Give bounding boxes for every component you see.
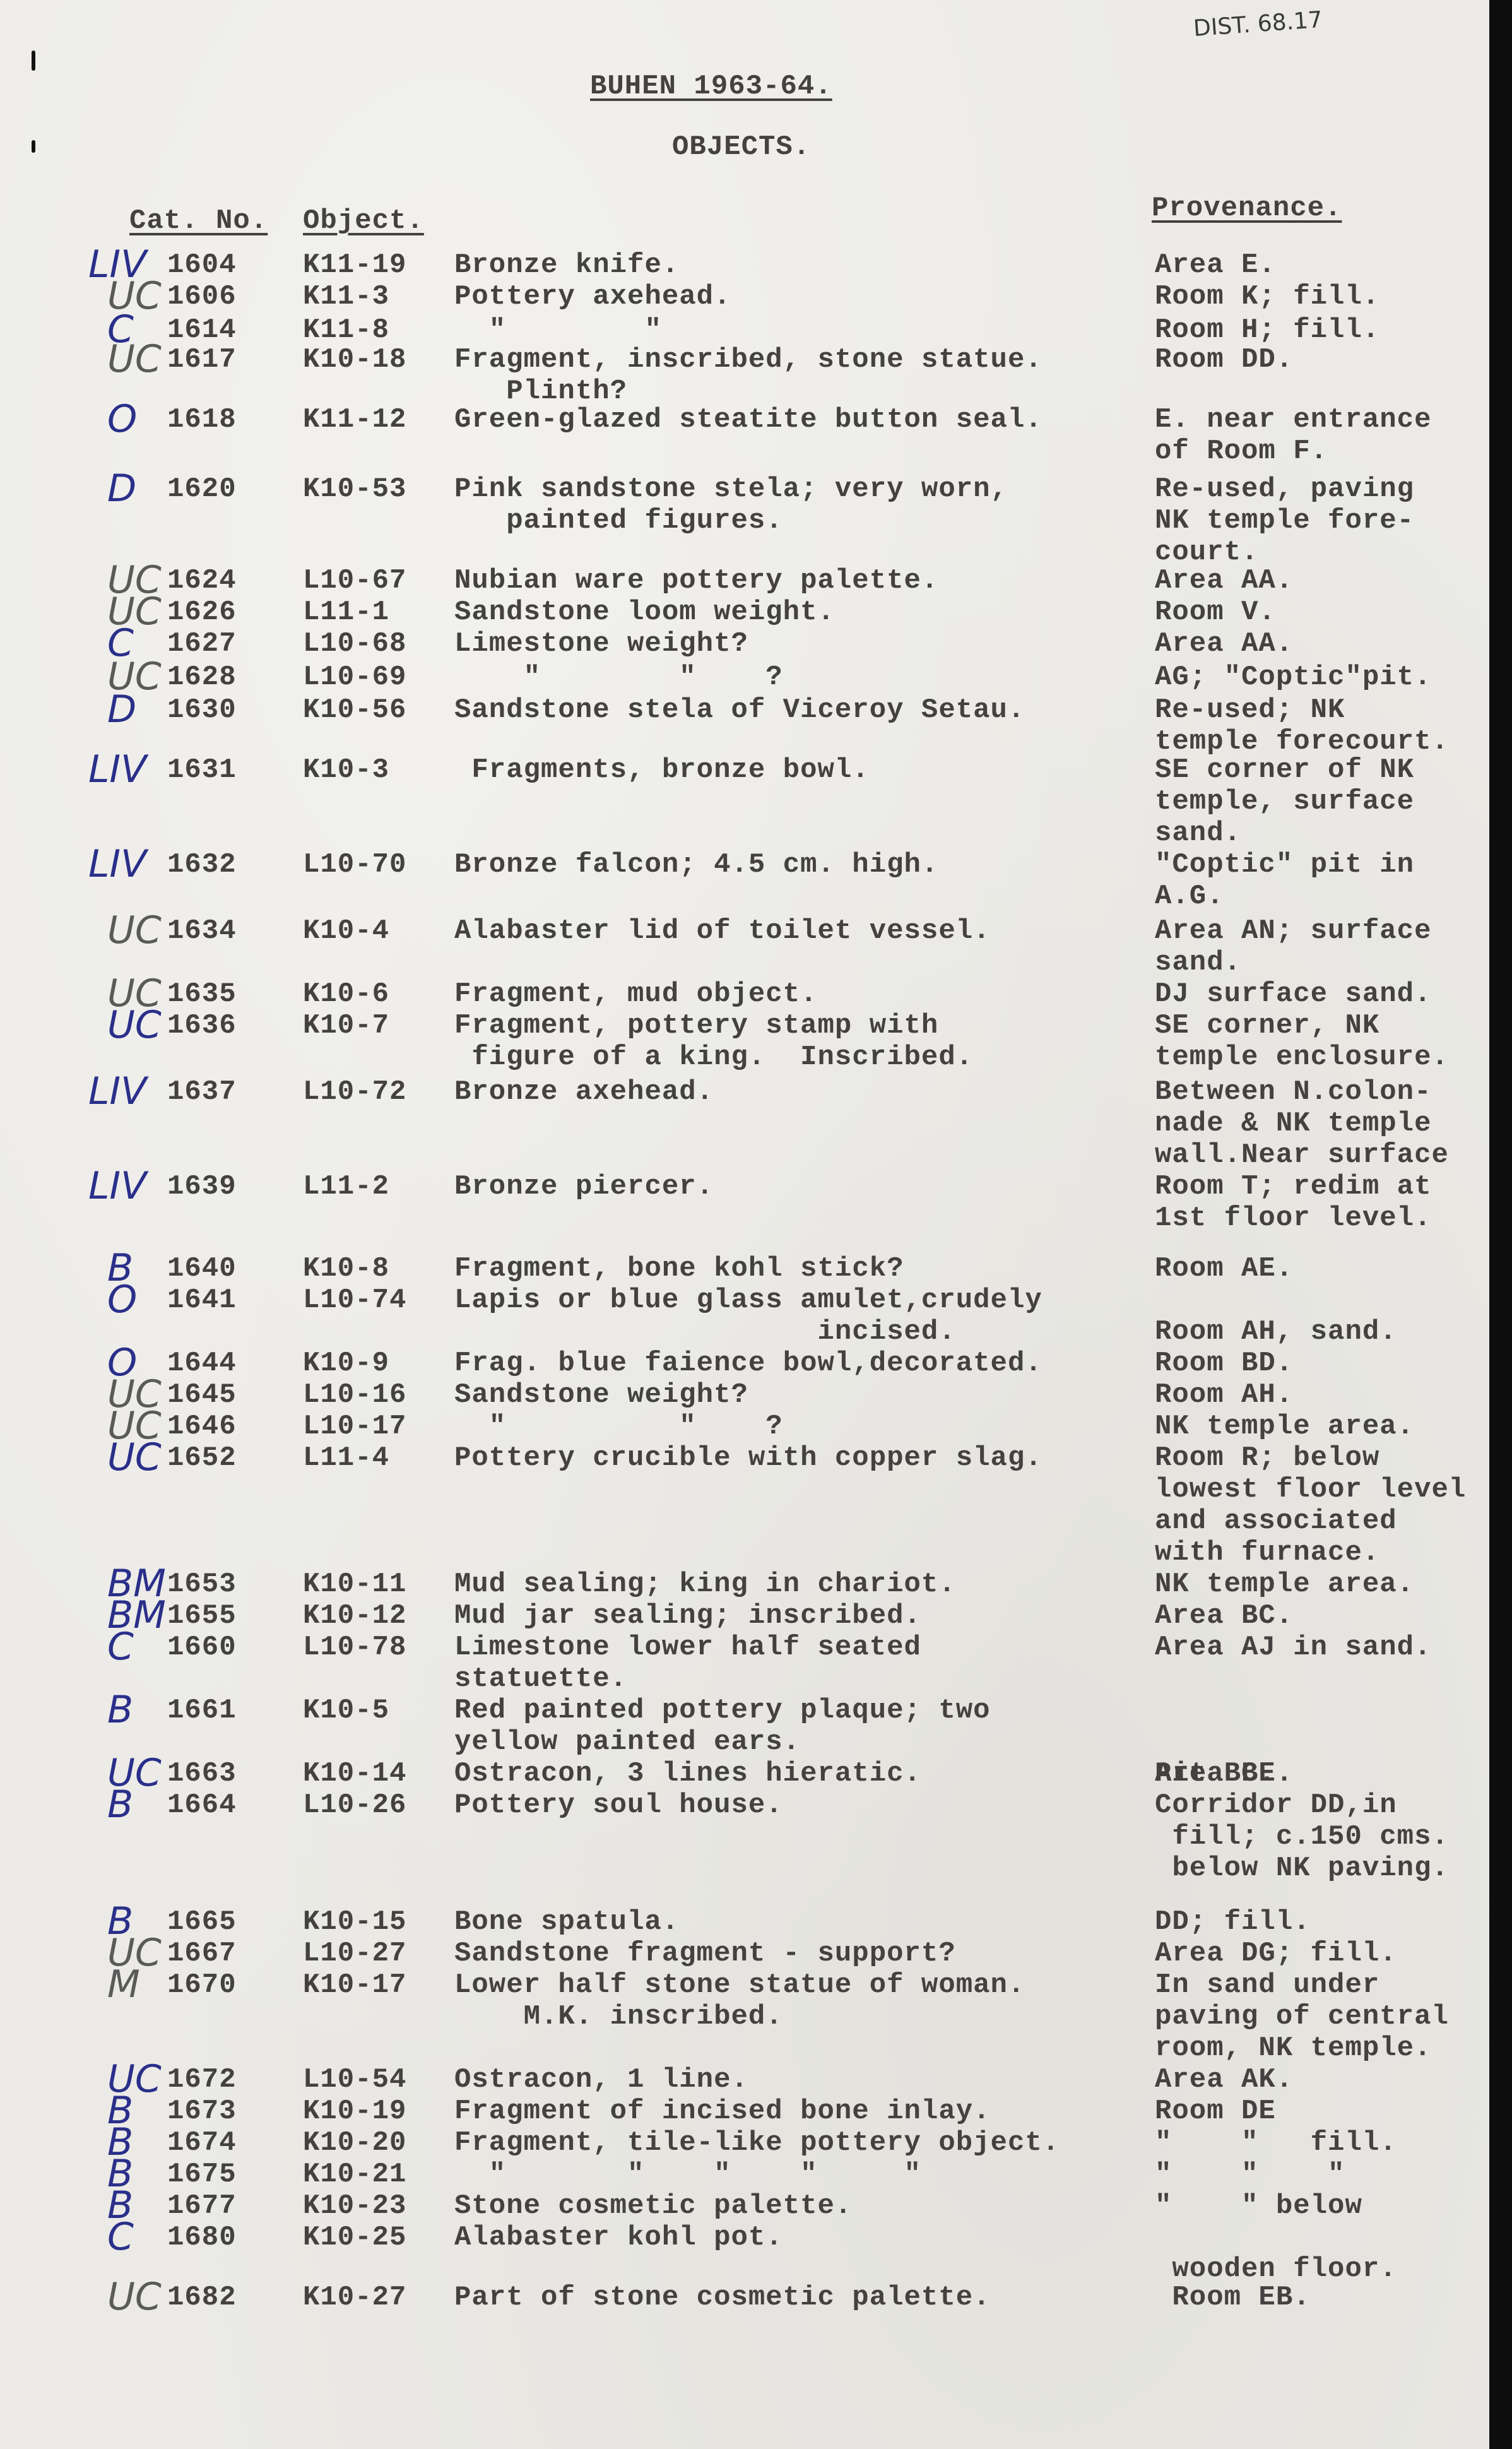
object-number: L10-16 bbox=[303, 1379, 406, 1411]
object-description: Pottery crucible with copper slag. bbox=[454, 1442, 1042, 1474]
object-description: Bone spatula. bbox=[454, 1906, 679, 1938]
staple-mark bbox=[32, 140, 35, 153]
provenance: Room H; fill. bbox=[1155, 314, 1379, 346]
margin-annotation: M bbox=[107, 1966, 140, 2003]
provenance: Re-used; NK bbox=[1155, 694, 1345, 726]
object-description: Alabaster lid of toilet vessel. bbox=[454, 915, 991, 947]
provenance: DD; fill. bbox=[1155, 1906, 1311, 1938]
object-description: Bronze axehead. bbox=[454, 1076, 714, 1108]
margin-annotation: O bbox=[107, 1281, 137, 1319]
cat-number: 1675 bbox=[167, 2159, 237, 2190]
object-description: " " " " " bbox=[454, 2159, 921, 2190]
scan-edge bbox=[1489, 0, 1512, 2449]
page-subtitle: OBJECTS. bbox=[672, 131, 810, 163]
object-description: Limestone weight? bbox=[454, 628, 748, 660]
object-description: Sandstone stela of Viceroy Setau. bbox=[454, 694, 1025, 726]
margin-annotation: UC bbox=[107, 2278, 162, 2316]
object-number: L10-70 bbox=[303, 849, 406, 881]
object-description: painted figures. bbox=[454, 505, 783, 537]
header-object: Object. bbox=[303, 205, 424, 237]
margin-annotation: D bbox=[107, 691, 136, 728]
cat-number: 1646 bbox=[167, 1411, 237, 1442]
header-cat-no: Cat. No. bbox=[129, 205, 268, 237]
object-description: Bronze knife. bbox=[454, 249, 679, 281]
object-description: Lapis or blue glass amulet,crudely bbox=[454, 1284, 1042, 1316]
cat-number: 1661 bbox=[167, 1695, 237, 1726]
object-description: Red painted pottery plaque; two bbox=[454, 1695, 991, 1726]
provenance: Area BC. bbox=[1155, 1600, 1293, 1632]
object-description: Fragment, mud object. bbox=[454, 978, 818, 1010]
cat-number: 1670 bbox=[167, 1969, 237, 2001]
margin-annotation: O bbox=[107, 400, 137, 438]
object-number: L10-67 bbox=[303, 565, 406, 596]
provenance: In sand under bbox=[1155, 1969, 1379, 2001]
object-description: incised. bbox=[454, 1316, 956, 1348]
provenance: Area AK. bbox=[1155, 2064, 1293, 2096]
provenance: Room DE bbox=[1155, 2096, 1276, 2127]
cat-number: 1652 bbox=[167, 1442, 237, 1474]
object-number: L11-4 bbox=[303, 1442, 389, 1474]
object-description: Mud sealing; king in chariot. bbox=[454, 1568, 956, 1600]
cat-number: 1614 bbox=[167, 314, 237, 346]
provenance: wall.Near surface bbox=[1155, 1139, 1449, 1171]
object-description: Bronze falcon; 4.5 cm. high. bbox=[454, 849, 938, 881]
cat-number: 1640 bbox=[167, 1253, 237, 1284]
object-description: Nubian ware pottery palette. bbox=[454, 565, 938, 596]
cat-number: 1627 bbox=[167, 628, 237, 660]
provenance: Area AN; surface bbox=[1155, 915, 1431, 947]
provenance: with furnace. bbox=[1155, 1537, 1379, 1568]
object-number: K10-7 bbox=[303, 1010, 389, 1041]
provenance: lowest floor level bbox=[1155, 1474, 1466, 1505]
object-description: Sandstone weight? bbox=[454, 1379, 748, 1411]
cat-number: 1664 bbox=[167, 1789, 237, 1821]
object-description: Plinth? bbox=[454, 376, 627, 407]
object-description: Pottery soul house. bbox=[454, 1789, 783, 1821]
object-number: K10-12 bbox=[303, 1600, 406, 1632]
object-number: K10-23 bbox=[303, 2190, 406, 2222]
object-description: Stone cosmetic palette. bbox=[454, 2190, 852, 2222]
object-number: K10-56 bbox=[303, 694, 406, 726]
object-number: L10-26 bbox=[303, 1789, 406, 1821]
cat-number: 1644 bbox=[167, 1348, 237, 1379]
provenance: and associated bbox=[1155, 1505, 1397, 1537]
provenance: 1st floor level. bbox=[1155, 1202, 1431, 1234]
cat-number: 1641 bbox=[167, 1284, 237, 1316]
provenance: NK temple area. bbox=[1155, 1411, 1414, 1442]
provenance: Room AH. bbox=[1155, 1379, 1293, 1411]
object-number: K10-3 bbox=[303, 754, 389, 786]
object-description: statuette. bbox=[454, 1663, 627, 1695]
object-number: L10-69 bbox=[303, 661, 406, 693]
object-description: Sandstone fragment - support? bbox=[454, 1938, 956, 1969]
object-description: " " ? bbox=[454, 661, 783, 693]
cat-number: 1653 bbox=[167, 1568, 237, 1600]
cat-number: 1639 bbox=[167, 1171, 237, 1202]
object-number: L11-2 bbox=[303, 1171, 389, 1202]
object-number: K10-11 bbox=[303, 1568, 406, 1600]
cat-number: 1672 bbox=[167, 2064, 237, 2096]
object-number: K10-4 bbox=[303, 915, 389, 947]
object-description: Limestone lower half seated bbox=[454, 1632, 921, 1663]
object-description: Mud jar sealing; inscribed. bbox=[454, 1600, 921, 1632]
object-description: Ostracon, 3 lines hieratic. bbox=[454, 1758, 921, 1789]
margin-annotation: LIV bbox=[88, 845, 146, 883]
provenance: temple, surface bbox=[1155, 786, 1414, 817]
margin-annotation: D bbox=[107, 470, 136, 507]
provenance: paving of central bbox=[1155, 2001, 1449, 2032]
staple-mark bbox=[32, 50, 35, 71]
provenance: Room V. bbox=[1155, 596, 1276, 628]
provenance: DJ surface sand. bbox=[1155, 978, 1431, 1010]
object-number: K10-53 bbox=[303, 473, 406, 505]
object-number: L10-74 bbox=[303, 1284, 406, 1316]
margin-annotation: LIV bbox=[88, 750, 146, 788]
cat-number: 1617 bbox=[167, 344, 237, 376]
provenance: sand. bbox=[1155, 817, 1241, 849]
object-description: Ostracon, 1 line. bbox=[454, 2064, 748, 2096]
provenance: " " " bbox=[1155, 2159, 1345, 2190]
provenance: nade & NK temple bbox=[1155, 1108, 1431, 1139]
object-number: L10-27 bbox=[303, 1938, 406, 1969]
cat-number: 1674 bbox=[167, 2127, 237, 2159]
cat-number: 1634 bbox=[167, 915, 237, 947]
provenance: Corridor DD,in bbox=[1155, 1789, 1397, 1821]
cat-number: 1620 bbox=[167, 473, 237, 505]
provenance: NK temple fore- bbox=[1155, 505, 1414, 537]
object-description: Pink sandstone stela; very worn, bbox=[454, 473, 1008, 505]
object-description: Frag. blue faience bowl,decorated. bbox=[454, 1348, 1042, 1379]
cat-number: 1630 bbox=[167, 694, 237, 726]
header-provenance: Provenance. bbox=[1152, 193, 1342, 224]
cat-number: 1624 bbox=[167, 565, 237, 596]
object-description: Sandstone loom weight. bbox=[454, 596, 835, 628]
object-number: K10-9 bbox=[303, 1348, 389, 1379]
provenance: wooden floor. bbox=[1155, 2253, 1397, 2285]
cat-number: 1636 bbox=[167, 1010, 237, 1041]
provenance: Room K; fill. bbox=[1155, 281, 1379, 312]
margin-annotation: LIV bbox=[88, 1167, 146, 1205]
cat-number: 1677 bbox=[167, 2190, 237, 2222]
margin-annotation: UC bbox=[107, 911, 162, 949]
provenance: Room BD. bbox=[1155, 1348, 1293, 1379]
object-description: " " bbox=[454, 314, 662, 346]
provenance: temple forecourt. bbox=[1155, 726, 1449, 757]
object-description: Green-glazed steatite button seal. bbox=[454, 404, 1042, 436]
object-number: L10-72 bbox=[303, 1076, 406, 1108]
provenance: AG; "Coptic"pit. bbox=[1155, 661, 1431, 693]
cat-number: 1606 bbox=[167, 281, 237, 312]
object-description: Fragment of incised bone inlay. bbox=[454, 2096, 991, 2127]
cat-number: 1660 bbox=[167, 1632, 237, 1663]
object-description: " " ? bbox=[454, 1411, 783, 1442]
cat-number: 1680 bbox=[167, 2222, 237, 2253]
cat-number: 1637 bbox=[167, 1076, 237, 1108]
object-number: K10-15 bbox=[303, 1906, 406, 1938]
object-description: Fragments, bronze bowl. bbox=[454, 754, 870, 786]
object-number: L10-54 bbox=[303, 2064, 406, 2096]
cat-number: 1673 bbox=[167, 2096, 237, 2127]
provenance: NK temple area. bbox=[1155, 1568, 1414, 1600]
object-description: Fragment, pottery stamp with bbox=[454, 1010, 938, 1041]
cat-number: 1663 bbox=[167, 1758, 237, 1789]
object-number: K10-8 bbox=[303, 1253, 389, 1284]
object-description: Pottery axehead. bbox=[454, 281, 731, 312]
object-number: K10-27 bbox=[303, 2282, 406, 2313]
provenance: Area AA. bbox=[1155, 565, 1293, 596]
cat-number: 1665 bbox=[167, 1906, 237, 1938]
provenance: "Coptic" pit in bbox=[1155, 849, 1414, 881]
cat-number: 1628 bbox=[167, 661, 237, 693]
object-number: K10-6 bbox=[303, 978, 389, 1010]
margin-annotation: UC bbox=[107, 340, 162, 378]
provenance: Area AJ in sand. bbox=[1155, 1632, 1431, 1663]
provenance: Area DG; fill. bbox=[1155, 1938, 1397, 1969]
margin-annotation: C bbox=[107, 2218, 134, 2256]
cat-number: 1635 bbox=[167, 978, 237, 1010]
margin-annotation: C bbox=[107, 1628, 134, 1666]
provenance: Area E. bbox=[1155, 249, 1276, 281]
provenance: Re-used, paving bbox=[1155, 473, 1414, 505]
provenance: below NK paving. bbox=[1155, 1853, 1449, 1884]
cat-number: 1604 bbox=[167, 249, 237, 281]
object-number: K10-14 bbox=[303, 1758, 406, 1789]
object-number: K10-19 bbox=[303, 2096, 406, 2127]
provenance: Between N.colon- bbox=[1155, 1076, 1431, 1108]
object-description: Fragment, tile-like pottery object. bbox=[454, 2127, 1060, 2159]
object-description: yellow painted ears. bbox=[454, 1726, 800, 1758]
provenance: SE corner, NK bbox=[1155, 1010, 1379, 1041]
cat-number: 1682 bbox=[167, 2282, 237, 2313]
page-title: BUHEN 1963-64. bbox=[590, 71, 832, 102]
provenance: E. near entrance bbox=[1155, 404, 1431, 436]
margin-annotation: UC bbox=[107, 1006, 162, 1044]
provenance: fill; c.150 cms. bbox=[1155, 1821, 1449, 1853]
object-description: Lower half stone statue of woman. bbox=[454, 1969, 1025, 2001]
object-number: K11-8 bbox=[303, 314, 389, 346]
provenance: room, NK temple. bbox=[1155, 2032, 1431, 2064]
object-number: K11-3 bbox=[303, 281, 389, 312]
provenance: of Room F. bbox=[1155, 436, 1328, 467]
object-description: M.K. inscribed. bbox=[454, 2001, 783, 2032]
cat-number: 1626 bbox=[167, 596, 237, 628]
object-number: K11-12 bbox=[303, 404, 406, 436]
object-number: L10-78 bbox=[303, 1632, 406, 1663]
object-description: Fragment, inscribed, stone statue. bbox=[454, 344, 1042, 376]
object-number: K10-25 bbox=[303, 2222, 406, 2253]
provenance: court. bbox=[1155, 537, 1258, 568]
object-description: Part of stone cosmetic palette. bbox=[454, 2282, 991, 2313]
provenance: " " below bbox=[1155, 2190, 1362, 2222]
object-description: Bronze piercer. bbox=[454, 1171, 714, 1202]
provenance: SE corner of NK bbox=[1155, 754, 1414, 786]
object-number: K11-19 bbox=[303, 249, 406, 281]
margin-annotation: LIV bbox=[88, 1072, 146, 1110]
object-description: Alabaster kohl pot. bbox=[454, 2222, 783, 2253]
provenance: Room EB. bbox=[1155, 2282, 1311, 2313]
provenance: temple enclosure. bbox=[1155, 1041, 1449, 1073]
provenance: A.G. bbox=[1155, 881, 1224, 912]
cat-number: 1618 bbox=[167, 404, 237, 436]
object-number: K10-20 bbox=[303, 2127, 406, 2159]
object-description: Fragment, bone kohl stick? bbox=[454, 1253, 904, 1284]
object-number: K10-5 bbox=[303, 1695, 389, 1726]
cat-number: 1645 bbox=[167, 1379, 237, 1411]
object-number: K10-21 bbox=[303, 2159, 406, 2190]
provenance: Room DD. bbox=[1155, 344, 1293, 376]
cat-number: 1631 bbox=[167, 754, 237, 786]
margin-annotation: UC bbox=[107, 1438, 162, 1476]
provenance: sand. bbox=[1155, 947, 1241, 978]
provenance: Room AE. bbox=[1155, 1253, 1293, 1284]
margin-annotation: B bbox=[107, 1786, 133, 1823]
object-number: K10-17 bbox=[303, 1969, 406, 2001]
cat-number: 1632 bbox=[167, 849, 237, 881]
object-description: figure of a king. Inscribed. bbox=[454, 1041, 973, 1073]
cat-number: 1655 bbox=[167, 1600, 237, 1632]
provenance: Area AA. bbox=[1155, 628, 1293, 660]
object-number: L10-68 bbox=[303, 628, 406, 660]
provenance: Pit BC. bbox=[1155, 1758, 1276, 1789]
provenance: " " fill. bbox=[1155, 2127, 1397, 2159]
provenance: Room T; redim at bbox=[1155, 1171, 1431, 1202]
margin-annotation: B bbox=[107, 1691, 133, 1729]
provenance: Room AH, sand. bbox=[1155, 1316, 1397, 1348]
cat-number: 1667 bbox=[167, 1938, 237, 1969]
object-number: K10-18 bbox=[303, 344, 406, 376]
object-number: L10-17 bbox=[303, 1411, 406, 1442]
object-number: L11-1 bbox=[303, 596, 389, 628]
provenance: Room R; below bbox=[1155, 1442, 1379, 1474]
